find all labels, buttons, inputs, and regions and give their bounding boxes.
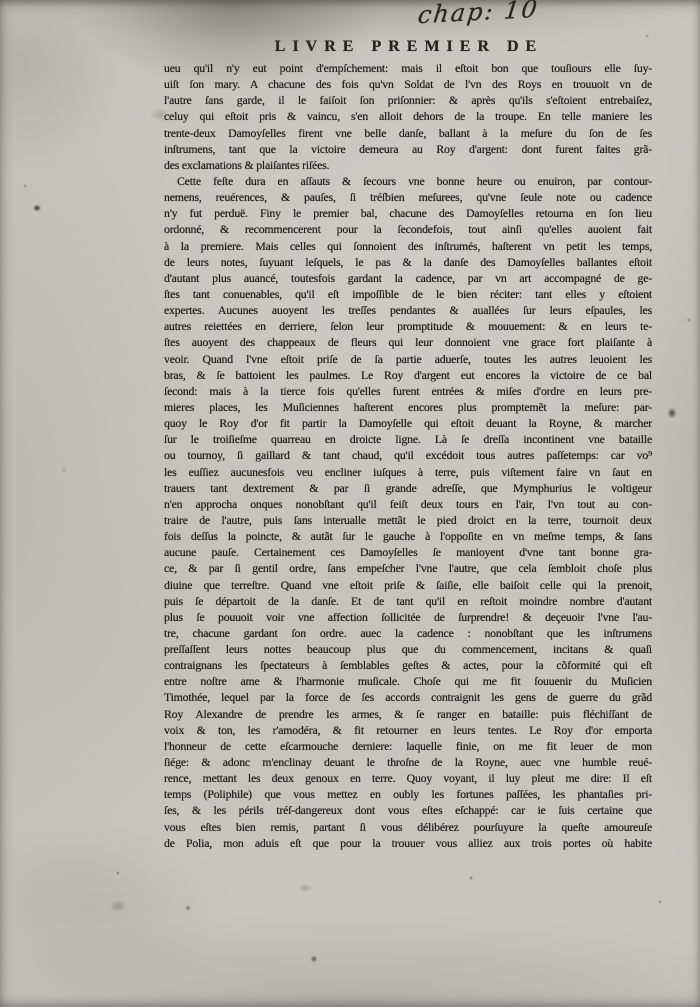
text-line: de Polia, mon aduis eſt que pour la trou…	[164, 835, 652, 851]
body-text: ueu qu'il n'y eut point d'empſchement: m…	[164, 60, 652, 851]
text-line: aucune pauſe. Certainement ces Damoyſell…	[164, 544, 652, 560]
text-line: preſſaſſent leurs nottes beaucoup plus q…	[164, 641, 652, 657]
text-line: celuy qui eſtoit pris & vaincu, s'en all…	[164, 108, 652, 124]
text-line: ſes, & les périls tréſ-dangereux dont vo…	[164, 802, 652, 818]
text-line: fois deſſus la poincte, & autãt ſur le g…	[164, 528, 652, 544]
text-line: de leurs notes, ſuyuant leſquels, le pas…	[164, 254, 652, 270]
text-line: à la premiere. Mais celles qui ſonnoient…	[164, 238, 652, 254]
text-line: traire de l'autre, puis ſans interualle …	[164, 512, 652, 528]
text-line: contraignans les ſpectateurs à ſemblable…	[164, 657, 652, 673]
text-line: tre, chacune gardant ſon ordre. auec la …	[164, 625, 652, 641]
text-line: ſtes auoyent des chappeaux de fleurs qui…	[164, 334, 652, 350]
text-line: n'y fut perduë. Finy le premier bal, cha…	[164, 205, 652, 221]
text-line: nemens, reuérences, & pauſes, ſi tréſbie…	[164, 189, 652, 205]
text-line: veoir. Quand l'vne eſtoit priſe de ſa pa…	[164, 351, 652, 367]
text-line: expertes. Aucunes auoyent les treſſes pe…	[164, 302, 652, 318]
text-line: bras, & ſe battoient les paulmes. Le Roy…	[164, 367, 652, 383]
text-line: trauers tant dextrement & par ſi grande …	[164, 480, 652, 496]
text-line: inſtrumens, tant que la victoire demeura…	[164, 141, 652, 157]
text-line: ſur le troiſieſme quarreau en droicte li…	[164, 431, 652, 447]
text-line: puis ſe départoit de la danſe. Et de tan…	[164, 593, 652, 609]
handwritten-chapter-annotation: chap: 10	[416, 0, 540, 29]
text-line: mieres places, les Muſiciennes haſterent…	[164, 399, 652, 415]
page-heading: LIVRE PREMIER DE	[165, 38, 653, 56]
text-line: voix & ton, les r'amodéra, & fit retourn…	[164, 722, 652, 738]
text-line: diuine que terreſtre. Quand vne eſtoit p…	[164, 577, 652, 593]
paragraph: Cette feſte dura en aſſauts & ſecours vn…	[164, 173, 652, 851]
text-line: des exclamations & plaiſantes riſées.	[164, 157, 652, 173]
text-line: uiſt ſon mary. A chacune des fois qu'vn …	[164, 76, 652, 92]
text-line: l'autre ſans garde, il le faiſoit ſon pr…	[164, 92, 652, 108]
text-line: ordonné, & recommencerent pour la ſecond…	[164, 221, 652, 237]
text-line: ſecond: mais à la tierce fois qu'elles f…	[164, 383, 652, 399]
text-line: l'honneur de cette eſcarmouche derniere:…	[164, 738, 652, 754]
text-line: les euſſiez aucunesfois veu encliner iuſ…	[164, 464, 652, 480]
text-line: vous eſtes bien remis, partant ſi vous d…	[164, 819, 652, 835]
text-line: Cette feſte dura en aſſauts & ſecours vn…	[164, 173, 652, 189]
text-line: trente-deux Damoyſelles firent vne belle…	[164, 125, 652, 141]
text-line: Timothée, lequel par la force de ſes acc…	[164, 689, 652, 705]
text-line: ſtes tant conuenables, qu'il eſt impoſſi…	[164, 286, 652, 302]
text-line: d'autant plus auancé, toutesfois gardant…	[164, 270, 652, 286]
text-line: Roy Alexandre de prendre les armes, & ſe…	[164, 706, 652, 722]
text-line: ſiége: & adonc m'enclinay deuant le thro…	[164, 754, 652, 770]
scanned-book-page: chap: 10 LIVRE PREMIER DE ueu qu'il n'y …	[0, 0, 700, 1007]
text-line: ou tournoy, ſi gaillard & tant chaud, qu…	[164, 447, 652, 463]
text-line: autres reiettées en derriere, ſelon leur…	[164, 318, 652, 334]
text-line: plus ſe pouuoit voir vne affection ſolli…	[164, 609, 652, 625]
text-line: temps (Poliphile) que vous mettez en oub…	[164, 786, 652, 802]
text-line: n'en approcha onques nonobſtant qu'il fe…	[164, 496, 652, 512]
text-line: rence, mettant les deux genoux en terre.…	[164, 770, 652, 786]
paragraph: ueu qu'il n'y eut point d'empſchement: m…	[164, 60, 652, 173]
text-line: entre noſtre ame & l'harmonie muſicale. …	[164, 673, 652, 689]
text-line: quoy le Roy d'or fit partir la Damoyſell…	[164, 415, 652, 431]
text-line: ueu qu'il n'y eut point d'empſchement: m…	[164, 60, 652, 76]
text-line: ce, & par ſi gentil ordre, ſans empeſche…	[164, 560, 652, 576]
